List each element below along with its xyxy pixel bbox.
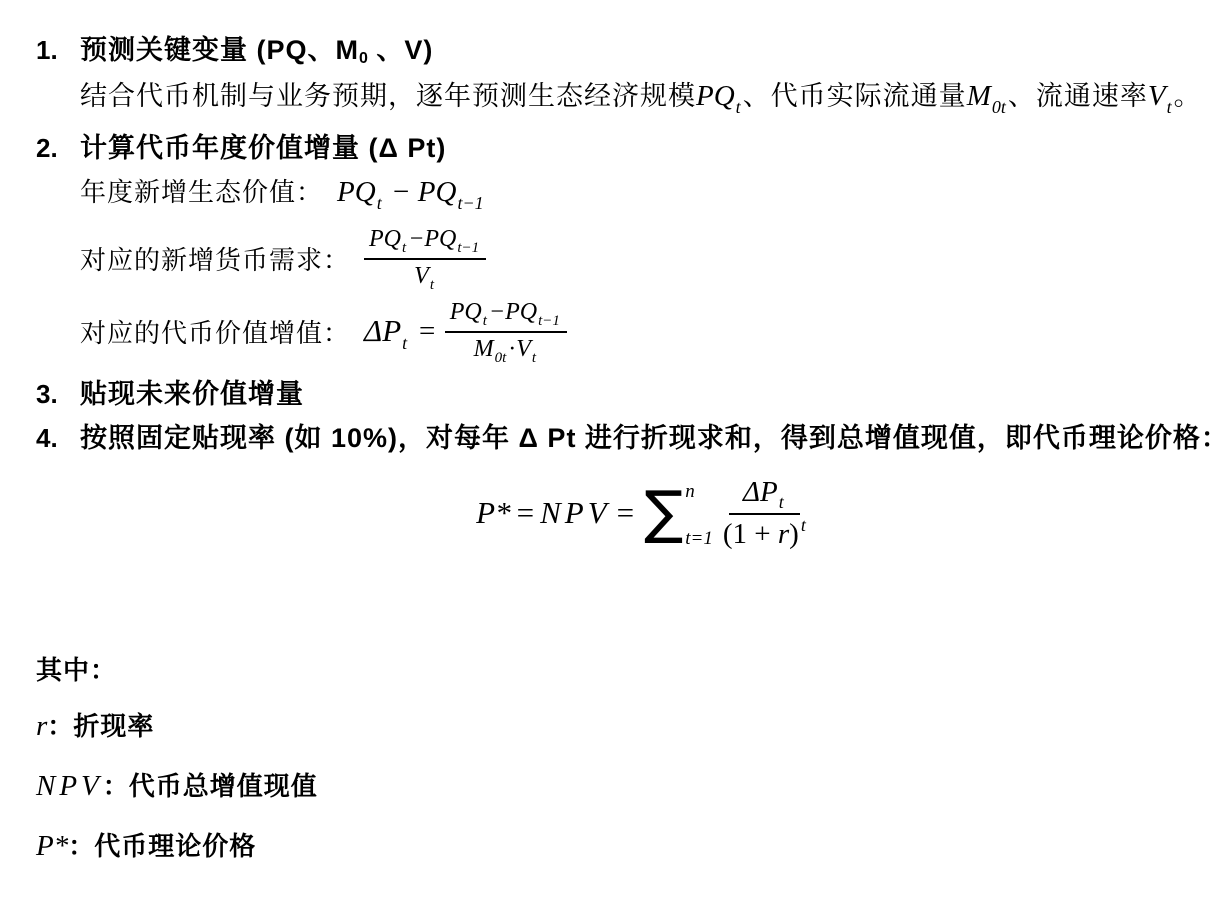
fraction-token-value: PQt−PQt−1 M0t·Vt bbox=[445, 300, 567, 361]
item-1-title-paren-close: 、V) bbox=[368, 35, 434, 65]
fraction-money-demand: PQt−PQt−1 Vt bbox=[364, 227, 486, 288]
summation-limits: n t=1 bbox=[685, 482, 713, 544]
math-sub-t: t bbox=[483, 313, 487, 329]
sigma-symbol: ∑ bbox=[644, 485, 683, 540]
glossary-entry-npv: NPV：代币总增值现值 bbox=[36, 766, 318, 803]
list-item-1-body: 结合代币机制与业务预期，逐年预测生态经济规模PQt、代币实际流通量M0t、流通速… bbox=[80, 74, 1202, 113]
math-sub-t: t bbox=[377, 193, 382, 213]
math-sub-t: t bbox=[779, 492, 784, 512]
list-item-3-heading: 3.贴现未来价值增量 bbox=[36, 372, 304, 411]
list-number-3: 3. bbox=[36, 379, 80, 410]
math-equals: = bbox=[417, 315, 437, 348]
math-paren-close: ) bbox=[789, 518, 799, 550]
math-var-r: r bbox=[778, 518, 789, 550]
glossary-definition: 代币理论价格 bbox=[94, 831, 256, 861]
glossary-heading: 其中： bbox=[36, 650, 117, 687]
line-b-label: 对应的新增货币需求： bbox=[80, 240, 350, 277]
math-paren-open: (1 + bbox=[723, 518, 778, 550]
item-3-title: 贴现未来价值增量 bbox=[80, 379, 304, 409]
list-number-2: 2. bbox=[36, 133, 80, 164]
fraction-denominator: (1 + r)t bbox=[723, 515, 806, 549]
item-2-title-paren: (Δ Pt) bbox=[360, 133, 446, 163]
math-minus: − bbox=[384, 176, 418, 208]
line-money-demand: 对应的新增货币需求： PQt−PQt−1 Vt bbox=[80, 224, 486, 292]
body-text: 。 bbox=[1174, 81, 1202, 111]
body-text: 结合代币机制与业务预期，逐年预测生态经济规模 bbox=[80, 81, 696, 111]
math-sub-t-1: t−1 bbox=[457, 193, 483, 213]
math-var-P-star: P* bbox=[476, 495, 510, 531]
line-token-value-increment: 对应的代币价值增值： ΔPt = PQt−PQt−1 M0t·Vt bbox=[80, 296, 567, 366]
math-var-V: V bbox=[414, 263, 429, 289]
glossary-entry-r: r：折现率 bbox=[36, 706, 154, 743]
glossary-definition: 代币总增值现值 bbox=[129, 771, 318, 801]
body-text: 、流通速率 bbox=[1008, 81, 1148, 111]
math-sub-0t: 0t bbox=[495, 350, 507, 366]
math-var-V: V bbox=[1148, 80, 1166, 112]
fraction-numerator: PQt−PQt−1 bbox=[445, 300, 567, 332]
math-var-PQ: PQ bbox=[418, 176, 457, 208]
fraction-numerator: ΔPt bbox=[729, 477, 800, 515]
math-sub-t: t bbox=[736, 97, 741, 117]
list-item-4-heading: 4.按照固定贴现率 (如 10%)，对每年 Δ Pt 进行折现求和，得到总增值现… bbox=[36, 416, 1222, 455]
sum-lower-limit: t=1 bbox=[685, 529, 713, 548]
item-2-title: 计算代币年度价值增量 bbox=[80, 133, 360, 163]
line-c-label: 对应的代币价值增值： bbox=[80, 313, 350, 350]
math-var-PQ: PQ bbox=[505, 299, 537, 325]
math-var-PQ: PQ bbox=[696, 80, 735, 112]
math-var-deltaP: ΔP bbox=[364, 313, 401, 348]
fraction-discounted: ΔPt (1 + r)t bbox=[723, 477, 806, 550]
math-minus: − bbox=[408, 226, 424, 252]
summation: ∑ n t=1 bbox=[644, 482, 713, 544]
item-1-title: 预测关键变量 bbox=[80, 35, 248, 65]
fraction-denominator: Vt bbox=[414, 260, 436, 289]
math-sub-t: t bbox=[1167, 97, 1172, 117]
math-sub-t-1: t−1 bbox=[538, 313, 560, 329]
math-var-M: M bbox=[474, 336, 494, 362]
fraction-numerator: PQt−PQt−1 bbox=[364, 227, 486, 259]
math-minus: − bbox=[489, 299, 505, 325]
document-page: 1.预测关键变量 (PQ、M0 、V) 结合代币机制与业务预期，逐年预测生态经济… bbox=[0, 0, 1222, 898]
glossary-definition: 折现率 bbox=[73, 711, 154, 741]
list-item-2-heading: 2.计算代币年度价值增量 (Δ Pt) bbox=[36, 126, 446, 165]
item-4-title: 按照固定贴现率 (如 10%)，对每年 Δ Pt 进行折现求和，得到总增值现值，… bbox=[80, 423, 1222, 453]
math-sub-t: t bbox=[430, 277, 434, 293]
glossary-term: NPV bbox=[36, 770, 103, 802]
glossary-term: r bbox=[36, 710, 47, 742]
math-var-deltaP: ΔP bbox=[743, 476, 778, 508]
list-number-1: 1. bbox=[36, 35, 80, 66]
item-1-title-subscript: 0 bbox=[359, 50, 368, 67]
list-number-4: 4. bbox=[36, 423, 80, 454]
line-a-label: 年度新增生态价值： bbox=[80, 177, 323, 207]
math-sub-0t: 0t bbox=[992, 97, 1006, 117]
glossary-term: P* bbox=[36, 830, 68, 862]
npv-formula: P* = NPV = ∑ n t=1 ΔPt (1 + r)t bbox=[0, 458, 1222, 568]
math-var-PQ: PQ bbox=[337, 176, 376, 208]
glossary-entry-p-star: P*：代币理论价格 bbox=[36, 826, 256, 863]
item-1-title-paren-open: (PQ、M bbox=[248, 35, 359, 65]
math-equals: = bbox=[511, 495, 540, 531]
fraction-denominator: M0t·Vt bbox=[474, 333, 539, 362]
glossary-separator: ： bbox=[103, 771, 129, 801]
math-var-PQ: PQ bbox=[450, 299, 482, 325]
list-item-1-heading: 1.预测关键变量 (PQ、M0 、V) bbox=[36, 28, 433, 67]
math-sub-t-1: t−1 bbox=[457, 240, 479, 256]
math-sub-t: t bbox=[532, 350, 536, 366]
math-var-PQ: PQ bbox=[369, 226, 401, 252]
math-var-M: M bbox=[967, 80, 991, 112]
math-exponent-t: t bbox=[801, 515, 806, 535]
math-sub-t: t bbox=[402, 333, 407, 353]
body-text: 、代币实际流通量 bbox=[743, 81, 967, 111]
math-var-NPV: NPV bbox=[540, 495, 611, 531]
glossary-heading-text: 其中： bbox=[36, 655, 117, 685]
sum-upper-limit: n bbox=[685, 482, 713, 501]
math-sub-t: t bbox=[402, 240, 406, 256]
glossary-separator: ： bbox=[47, 711, 73, 741]
math-equals: = bbox=[611, 495, 640, 531]
math-var-PQ: PQ bbox=[424, 226, 456, 252]
delta-p-lhs: ΔPt bbox=[364, 313, 409, 349]
math-var-V: V bbox=[516, 336, 531, 362]
line-annual-eco-value: 年度新增生态价值：PQt − PQt−1 bbox=[80, 172, 486, 209]
glossary-separator: ： bbox=[68, 831, 94, 861]
